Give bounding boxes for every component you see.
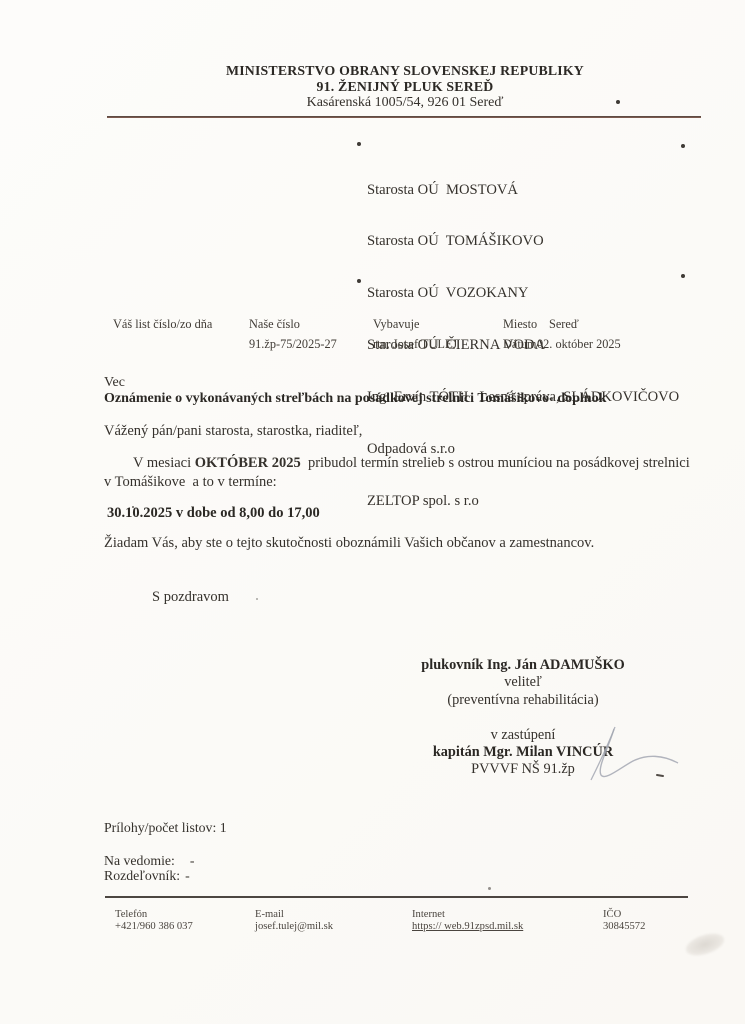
para-pre-text: V mesiaci <box>133 455 195 471</box>
scan-dot-mark <box>616 100 620 104</box>
para-post-text: pribudol termín strelieb s ostrou muníci… <box>301 455 690 471</box>
place-value: Sereď <box>549 317 579 332</box>
salutation: Vážený pán/pani starosta, starostka, ria… <box>104 423 362 440</box>
letterhead: MINISTERSTVO OBRANY SLOVENSKEJ REPUBLIKY… <box>107 63 703 111</box>
your-ref-label: Váš list číslo/zo dňa <box>113 317 212 332</box>
recipient-line: ZELTOP spol. s r.o <box>367 493 679 510</box>
subject-label: Vec <box>104 375 125 391</box>
our-ref-label: Naše číslo <box>249 317 300 332</box>
cc-value: - <box>190 853 195 868</box>
address-window-mark-bottom-right <box>681 274 685 278</box>
annexes-line: Prílohy/počet listov: 1 <box>104 820 227 836</box>
distribution-label: Rozdeľovník: <box>104 868 180 883</box>
body-paragraph: V mesiaci OKTÓBER 2025 pribudol termín s… <box>104 454 716 491</box>
handler-value: rtn. Josef TULEJ <box>373 337 457 352</box>
address-window-mark-top-right <box>681 144 685 148</box>
unit-name: 91. ŽENIJNÝ PLUK SEREĎ <box>107 79 703 95</box>
scanned-letter-page: MINISTERSTVO OBRANY SLOVENSKEJ REPUBLIKY… <box>0 0 745 1024</box>
footer-ico-value: 30845572 <box>603 921 645 932</box>
cc-label: Na vedomie: <box>104 853 175 868</box>
recipient-line: Starosta OÚ TOMÁŠIKOVO <box>367 233 679 250</box>
footer-phone-value: +421/960 386 037 <box>115 921 193 932</box>
commander-note: (preventívna rehabilitácia) <box>378 692 668 709</box>
unit-address: Kasárenská 1005/54, 926 01 Sereď <box>107 95 703 111</box>
footer-email-value: josef.tulej@mil.sk <box>255 921 333 932</box>
shooting-date-line: 30.10.2025 v dobe od 8,00 do 17,00 <box>107 505 320 522</box>
recipient-line: Starosta OÚ MOSTOVÁ <box>367 182 679 199</box>
request-line: Žiadam Vás, aby ste o tejto skutočnosti … <box>104 535 594 552</box>
closing-phrase: S pozdravom <box>152 589 229 606</box>
scan-speck <box>256 598 258 600</box>
distribution-line: Rozdeľovník:- <box>104 868 190 884</box>
scan-speck <box>488 887 491 890</box>
footer-email-label: E-mail <box>255 909 284 920</box>
footer-divider <box>105 896 688 898</box>
footer-internet-value: https:// web.91zpsd.mil.sk <box>412 921 523 932</box>
recipient-line: Starosta OÚ VOZOKANY <box>367 285 679 302</box>
footer-phone-label: Telefón <box>115 909 147 920</box>
our-ref-value: 91.žp-75/2025-27 <box>249 337 337 352</box>
distribution-value: - <box>185 868 190 883</box>
date-value: 02. október 2025 <box>537 337 621 352</box>
para-month-bold: OKTÓBER 2025 <box>195 455 301 471</box>
commander-name: plukovník Ing. Ján ADAMUŠKO <box>378 657 668 674</box>
handler-label: Vybavuje <box>373 317 419 332</box>
body-paragraph-line1: V mesiaci OKTÓBER 2025 pribudol termín s… <box>104 454 716 473</box>
ministry-name: MINISTERSTVO OBRANY SLOVENSKEJ REPUBLIKY <box>107 63 703 79</box>
cc-line: Na vedomie:- <box>104 853 195 869</box>
body-paragraph-line2: v Tomášikove a to v termíne: <box>104 473 716 492</box>
subject-title: Oznámenie o vykonávaných streľbách na po… <box>104 391 606 407</box>
address-window-mark-bottom-left <box>357 279 361 283</box>
footer-internet-label: Internet <box>412 909 445 920</box>
handwritten-signature <box>582 718 684 786</box>
place-label: Miesto <box>503 317 537 332</box>
scan-smudge <box>683 929 727 959</box>
date-label: Dátum <box>503 337 536 352</box>
commander-title: veliteľ <box>378 674 668 691</box>
letterhead-divider <box>107 116 701 118</box>
footer-ico-label: IČO <box>603 909 621 920</box>
scan-speck <box>132 506 134 508</box>
address-window-mark-top-left <box>357 142 361 146</box>
